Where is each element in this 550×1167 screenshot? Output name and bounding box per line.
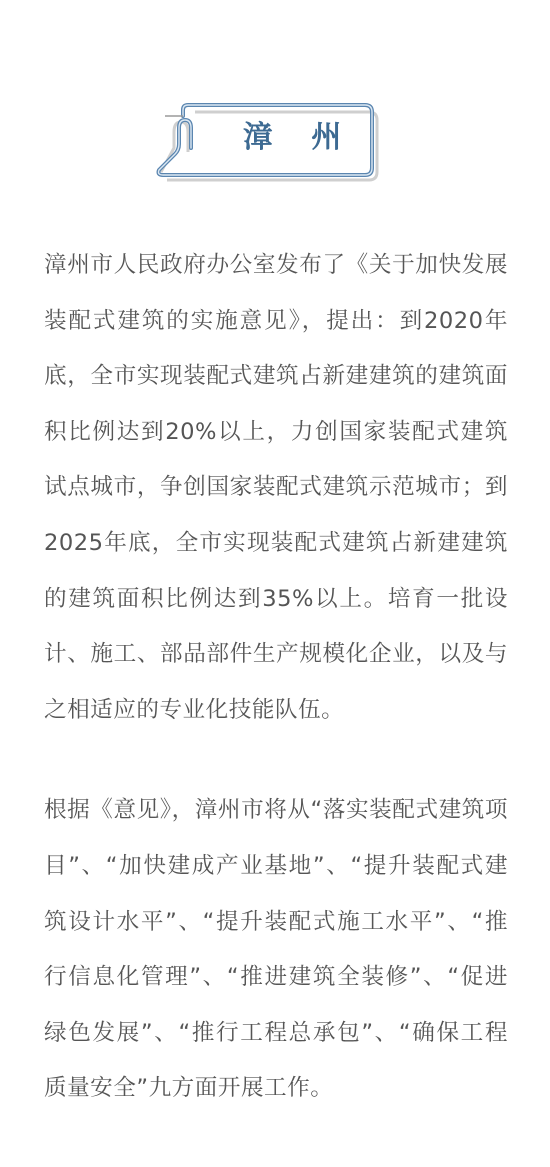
badge-title: 漳 州 <box>227 116 357 160</box>
article-body: 漳州市人民政府办公室发布了《关于加快发展装配式建筑的实施意见》，提出：到2020… <box>44 238 508 1117</box>
city-title-badge: 漳 州 <box>155 102 387 182</box>
paragraph-policy-targets: 漳州市人民政府办公室发布了《关于加快发展装配式建筑的实施意见》，提出：到2020… <box>44 238 508 738</box>
paragraph-nine-aspects: 根据《意见》，漳州市将从“落实装配式建筑项目”、“加快建成产业基地”、“提升装配… <box>44 783 508 1117</box>
